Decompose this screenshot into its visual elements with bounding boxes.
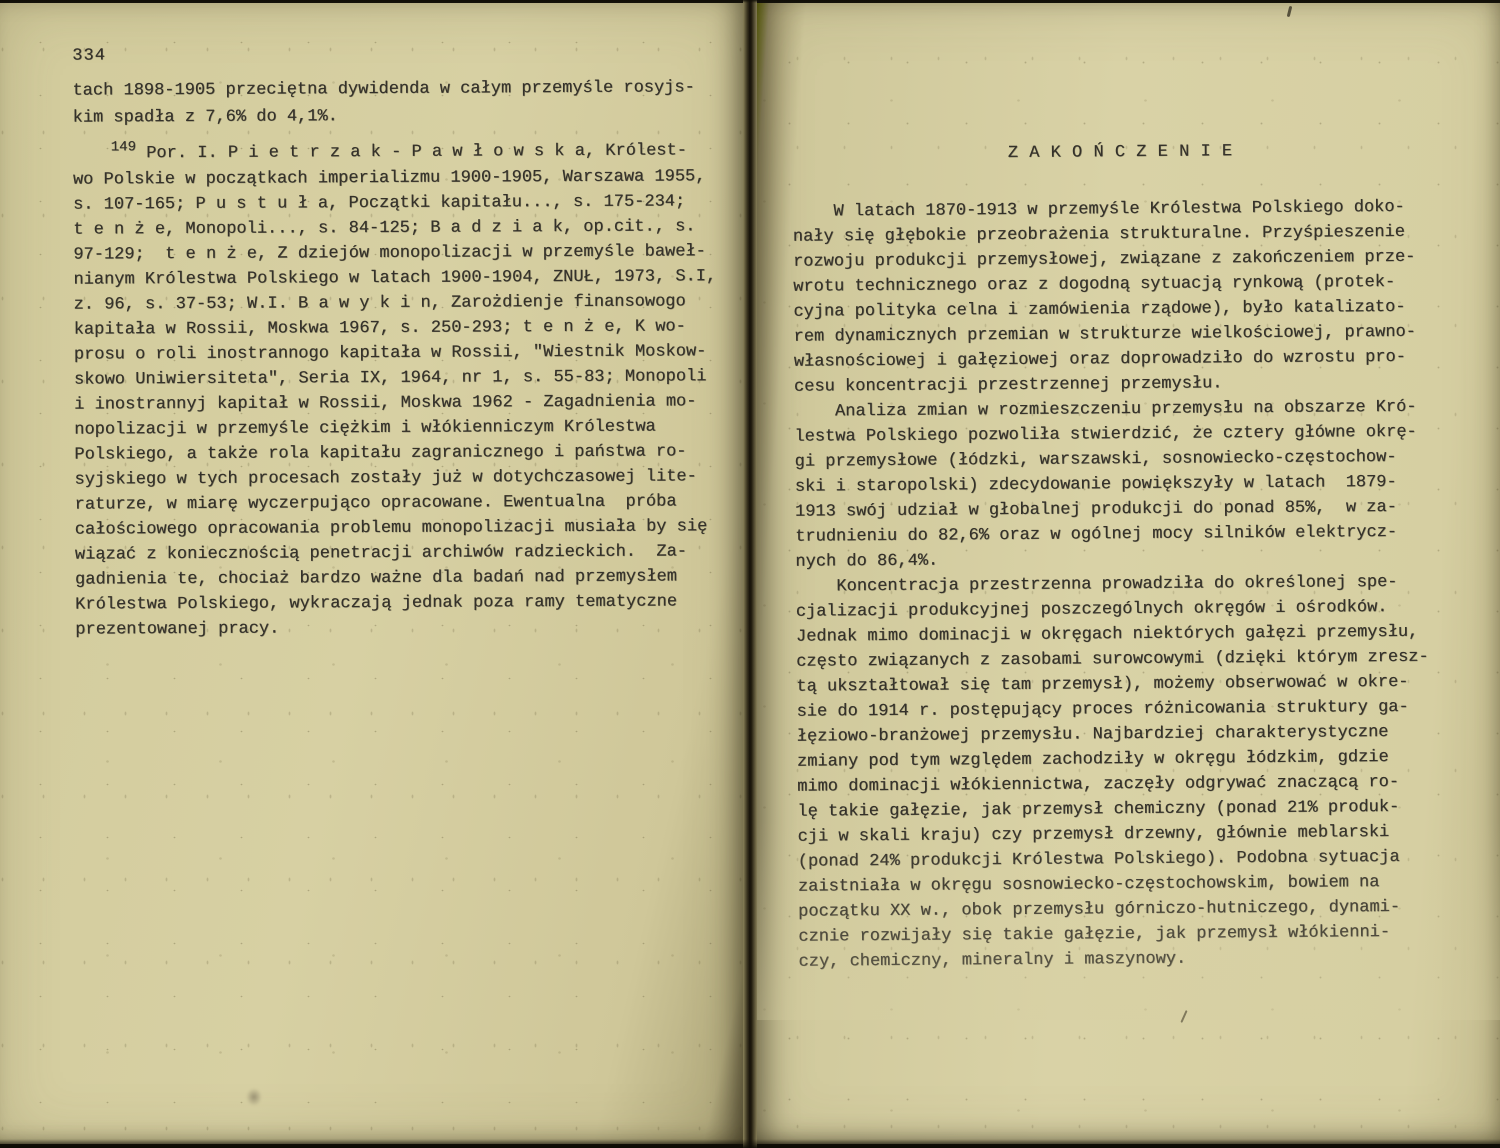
chapter-heading: Z A K O Ń C Z E N I E — [792, 138, 1448, 168]
paragraph-3: Koncentracja przestrzenna prowadziła do … — [795, 570, 1454, 975]
text-line: s. 107-165; P u s t u ł a, Początki kapi… — [73, 189, 733, 217]
text-line: czy, chemiczny, mineralny i maszynowy. — [798, 945, 1454, 975]
text-line: 97-129; t e n ż e, Z dziejów monopolizac… — [73, 239, 733, 267]
paragraph-2: Analiza zmian w rozmieszczeniu przemysłu… — [794, 395, 1451, 575]
text-line: prosu o roli inostrannogo kapitała w Ros… — [74, 339, 734, 367]
scan-top-edge — [0, 0, 1500, 3]
left-page-text: 334 tach 1898-1905 przeciętna dywidenda … — [0, 0, 735, 643]
footnote-block: 149 Por. I. P i e t r z a k - P a w ł o … — [73, 138, 736, 642]
text-line: własnościowej i gałęziowej oraz doprowad… — [794, 345, 1450, 375]
book-gutter — [743, 0, 757, 1148]
footnote-lines: wo Polskie w początkach imperializmu 190… — [73, 164, 735, 642]
book-scan: 334 tach 1898-1905 przeciętna dywidenda … — [0, 0, 1500, 1148]
text-line: wo Polskie w początkach imperializmu 190… — [73, 164, 733, 192]
left-page: 334 tach 1898-1905 przeciętna dywidenda … — [0, 3, 743, 1144]
text-line: kim spadła z 7,6% do 4,1%. — [73, 101, 733, 131]
right-page-text: Z A K O Ń C Z E N I E W latach 1870-1913… — [757, 0, 1455, 975]
text-line: całościowego opracowania problemu monopo… — [75, 514, 735, 542]
text-line: trudnieniu do 82,6% oraz w ogólnej mocy … — [795, 520, 1451, 550]
text-line: tach 1898-1905 przeciętna dywidenda w ca… — [72, 74, 732, 104]
text-line: z. 96, s. 37-53; W.I. B a w y k i n, Zar… — [74, 289, 734, 317]
text-line: nianym Królestwa Polskiego w latach 1900… — [73, 264, 733, 292]
text-line: i inostrannyj kapitał w Rossii, Moskwa 1… — [74, 389, 734, 417]
footnote-first-line-text: Por. I. P i e t r z a k - P a w ł o w s … — [136, 141, 687, 163]
page-number: 334 — [72, 39, 732, 69]
paragraph-1: W latach 1870-1913 w przemyśle Królestwa… — [793, 195, 1451, 400]
text-line: t e n ż e, Monopoli..., s. 84-125; B a d… — [73, 214, 733, 242]
text-line: skowo Uniwiersiteta", Seria IX, 1964, nr… — [74, 364, 734, 392]
text-line: kapitała w Rossii, Moskwa 1967, s. 250-2… — [74, 314, 734, 342]
text-line: gadnienia te, chociaż bardzo ważne dla b… — [75, 564, 735, 592]
text-line: syjskiego w tych procesach zostały już w… — [74, 464, 734, 492]
scan-artifact-smudge — [246, 1088, 262, 1106]
text-line: Polskiego, a także rola kapitału zagrani… — [74, 439, 734, 467]
right-page: Z A K O Ń C Z E N I E W latach 1870-1913… — [757, 3, 1500, 1144]
text-line: prezentowanej pracy. — [75, 614, 735, 642]
footnote-marker: 149 — [111, 135, 136, 160]
text-line: raturze, w miarę wyczerpująco opracowane… — [75, 489, 735, 517]
left-body-paragraph: tach 1898-1905 przeciętna dywidenda w ca… — [72, 74, 732, 131]
text-line: wiązać z koniecznością penetracji archiw… — [75, 539, 735, 567]
footnote-first-line: 149 Por. I. P i e t r z a k - P a w ł o … — [73, 138, 733, 167]
text-line: Królestwa Polskiego, wykraczają jednak p… — [75, 589, 735, 617]
scan-bottom-edge — [0, 1139, 1500, 1148]
text-line: cznie rozwijały się takie gałęzie, jak p… — [798, 920, 1454, 950]
text-line: nopolizacji w przemyśle ciężkim i włókie… — [74, 414, 734, 442]
